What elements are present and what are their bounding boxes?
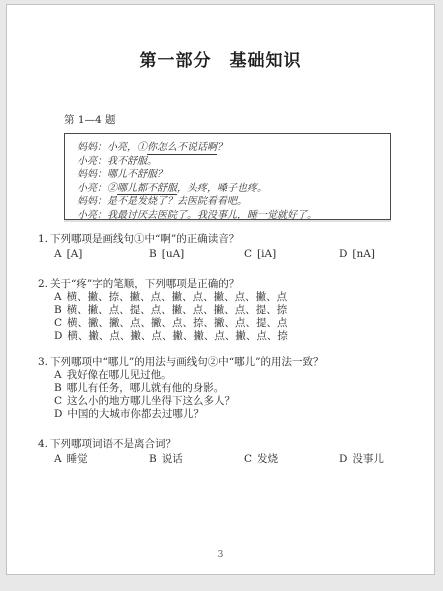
option-text: [iA] — [257, 248, 276, 260]
question-block-3: 3.下列哪项中“哪儿”的用法与画线句②中“哪儿”的用法一致？ A我好像在哪儿见过… — [38, 355, 410, 421]
option-d: D没事儿 — [339, 453, 384, 466]
option-c: C[iA] — [244, 248, 339, 261]
option-label: A — [54, 248, 62, 260]
question-text: 1.下列哪项是画线句①中“啊”的正确读音？ — [38, 232, 410, 246]
option-text: 哪儿有任务，哪儿就有他的身影。 — [67, 382, 225, 394]
dialogue-box: 妈妈：小亮，①你怎么不说话啊？ 小亮：我不舒服。 妈妈：哪儿不舒服？ 小亮：②哪… — [64, 133, 391, 220]
option-label: B — [149, 248, 157, 260]
page-title: 第一部分 基础知识 — [7, 46, 434, 71]
option-b: B说话 — [149, 453, 244, 466]
option-c: C这么小的地方哪儿坐得下这么多人？ — [54, 395, 410, 408]
dialogue-line: 妈妈：哪儿不舒服？ — [77, 168, 382, 182]
option-label: C — [54, 317, 62, 329]
option-label: C — [244, 453, 252, 465]
dialogue-line: 小亮：②哪儿都不舒服，头疼，嗓子也疼。 — [77, 182, 382, 196]
question-number: 3. — [38, 356, 48, 368]
options-row: A睡觉 B说话 C发烧 D没事儿 — [38, 453, 410, 466]
question-number: 4. — [38, 438, 48, 450]
option-d: D[nA] — [339, 248, 375, 261]
option-a: A[A] — [54, 248, 149, 261]
option-label: B — [54, 382, 62, 394]
option-text: 没事儿 — [352, 453, 384, 465]
option-label: A — [54, 291, 62, 303]
dialogue-speaker: 小亮： — [77, 183, 107, 194]
option-text: 横、撇、点、撇、点、撇、撇、点、撇、点、捺 — [67, 330, 288, 342]
option-text: 横、撇、撇、点、撇、点、捺、撇、点、提、点 — [67, 317, 288, 329]
option-c: C发烧 — [244, 453, 339, 466]
dialogue-text: ② — [107, 183, 117, 194]
dialogue-text: 哪儿不舒服？ — [107, 169, 167, 180]
question-stem: 关于“疼”字的笔顺，下列哪项是正确的？ — [50, 278, 239, 290]
dialogue-speaker: 小亮： — [77, 156, 107, 167]
dialogue-line: 小亮：我不舒服。 — [77, 155, 382, 169]
options-list: A横、撇、捺、撇、点、撇、点、撇、点、撇、点 B横、撇、点、提、点、撇、点、撇、… — [38, 291, 410, 343]
dialogue-underlined-text: 哪儿都不舒服 — [117, 183, 177, 196]
dialogue-text: 是不是发烧了？去医院看看吧。 — [107, 196, 247, 207]
page-number: 3 — [7, 550, 434, 560]
options-row: A[A] B[uA] C[iA] D[nA] — [38, 248, 410, 261]
question-block-2: 2.关于“疼”字的笔顺，下列哪项是正确的？ A横、撇、捺、撇、点、撇、点、撇、点… — [38, 277, 410, 343]
option-text: 中国的大城市你都去过哪儿？ — [67, 408, 204, 420]
option-label: C — [244, 248, 252, 260]
dialogue-speaker: 妈妈： — [77, 142, 107, 153]
dialogue-speaker: 小亮： — [77, 210, 107, 221]
option-label: A — [54, 453, 62, 465]
option-b: B哪儿有任务，哪儿就有他的身影。 — [54, 382, 410, 395]
option-text: 睡觉 — [67, 453, 88, 465]
dialogue-text: 我不舒服。 — [107, 156, 157, 167]
question-text: 2.关于“疼”字的笔顺，下列哪项是正确的？ — [38, 277, 410, 291]
option-d: D中国的大城市你都去过哪儿？ — [54, 408, 410, 421]
dialogue-speaker: 妈妈： — [77, 169, 107, 180]
option-a: A睡觉 — [54, 453, 149, 466]
option-text: [A] — [67, 248, 83, 260]
dialogue-text: 小亮，① — [107, 142, 147, 153]
option-text: [uA] — [162, 248, 185, 260]
dialogue-line: 小亮：我最讨厌去医院了。我没事儿，睡一觉就好了。 — [77, 209, 382, 223]
option-a: A我好像在哪儿见过他。 — [54, 369, 410, 382]
dialogue-text: 我最讨厌去医院了。我没事儿，睡一觉就好了。 — [107, 210, 317, 221]
option-label: C — [54, 395, 62, 407]
option-c: C横、撇、撇、点、撇、点、捺、撇、点、提、点 — [54, 317, 410, 330]
option-label: D — [339, 248, 347, 260]
question-text: 3.下列哪项中“哪儿”的用法与画线句②中“哪儿”的用法一致？ — [38, 355, 410, 369]
option-label: D — [54, 408, 62, 420]
question-block-1: 1.下列哪项是画线句①中“啊”的正确读音？ A[A] B[uA] C[iA] D… — [38, 232, 410, 261]
option-text: 我好像在哪儿见过他。 — [67, 369, 172, 381]
option-b: B[uA] — [149, 248, 244, 261]
dialogue-line: 妈妈：是不是发烧了？去医院看看吧。 — [77, 195, 382, 209]
option-text: 说话 — [162, 453, 183, 465]
option-label: B — [54, 304, 62, 316]
option-b: B横、撇、点、提、点、撇、点、撇、点、提、捺 — [54, 304, 410, 317]
question-number: 1. — [38, 233, 48, 245]
option-label: B — [149, 453, 157, 465]
section-label: 第 1—4 题 — [64, 112, 116, 127]
option-label: D — [54, 330, 62, 342]
question-text: 4.下列哪项词语不是离合词？ — [38, 437, 410, 451]
question-stem: 下列哪项是画线句①中“啊”的正确读音？ — [50, 233, 239, 245]
document-page: 第一部分 基础知识 第 1—4 题 妈妈：小亮，①你怎么不说话啊？ 小亮：我不舒… — [6, 4, 435, 575]
question-block-4: 4.下列哪项词语不是离合词？ A睡觉 B说话 C发烧 D没事儿 — [38, 437, 410, 466]
dialogue-text: ，头疼，嗓子也疼。 — [177, 183, 267, 194]
option-label: D — [339, 453, 347, 465]
question-number: 2. — [38, 278, 48, 290]
option-text: [nA] — [352, 248, 375, 260]
question-stem: 下列哪项中“哪儿”的用法与画线句②中“哪儿”的用法一致？ — [50, 356, 323, 368]
dialogue-line: 妈妈：小亮，①你怎么不说话啊？ — [77, 141, 382, 155]
option-text: 横、撇、点、提、点、撇、点、撇、点、提、捺 — [67, 304, 288, 316]
dialogue-speaker: 妈妈： — [77, 196, 107, 207]
question-stem: 下列哪项词语不是离合词？ — [50, 438, 176, 450]
option-d: D横、撇、点、撇、点、撇、撇、点、撇、点、捺 — [54, 330, 410, 343]
option-text: 这么小的地方哪儿坐得下这么多人？ — [67, 395, 235, 407]
dialogue-text: ？ — [217, 142, 227, 153]
option-text: 发烧 — [257, 453, 278, 465]
option-a: A横、撇、捺、撇、点、撇、点、撇、点、撇、点 — [54, 291, 410, 304]
option-label: A — [54, 369, 62, 381]
option-text: 横、撇、捺、撇、点、撇、点、撇、点、撇、点 — [67, 291, 288, 303]
dialogue-underlined-text: 你怎么不说话啊 — [147, 142, 217, 155]
options-list: A我好像在哪儿见过他。 B哪儿有任务，哪儿就有他的身影。 C这么小的地方哪儿坐得… — [38, 369, 410, 421]
